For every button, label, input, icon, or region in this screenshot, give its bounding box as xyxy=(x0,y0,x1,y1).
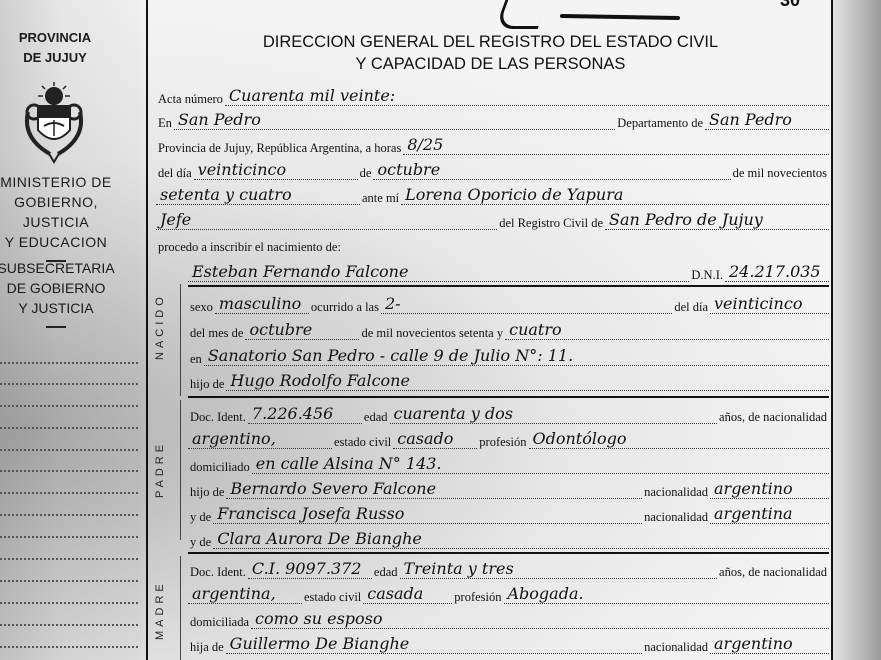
abuela-paterna-value: Francisca Josefa Russo xyxy=(213,505,642,524)
ocurrido-label: ocurrido a las xyxy=(309,300,381,314)
coat-of-arms-icon xyxy=(14,82,94,164)
en-label: en xyxy=(188,352,204,366)
profesion-label: profesión xyxy=(477,435,528,449)
hijo-de-row: hijo de Hugo Rodolfo Falcone xyxy=(188,369,829,391)
nacido-anio-value: cuatro xyxy=(505,321,829,340)
padre-nombre-value: Hugo Rodolfo Falcone xyxy=(226,372,829,391)
margin-dotted-line xyxy=(0,383,138,385)
del-mes-label: del mes de xyxy=(188,326,245,340)
margin-dotted-line xyxy=(0,558,138,560)
dni-value: 24.217.035 xyxy=(725,263,829,282)
padre-domicilio-value: en calle Alsina N° 143. xyxy=(252,455,829,474)
abuelo-materno-value: Guillermo De Bianghe xyxy=(226,635,642,654)
registro-row: Jefe del Registro Civil de San Pedro de … xyxy=(156,208,829,230)
section-separator xyxy=(188,552,829,554)
dia-value: veinticinco xyxy=(194,161,358,180)
del-dia-label: del día xyxy=(672,300,710,314)
province-line-2: DE JUJUY xyxy=(0,48,110,68)
anio-value: setenta y cuatro xyxy=(156,186,360,205)
subsecretary-heading: SUBSECRETARIA DE GOBIERNO Y JUSTICIA xyxy=(0,258,120,336)
departamento-value: San Pedro xyxy=(705,111,829,130)
estado-civil-label: estado civil xyxy=(302,590,363,604)
anios-label: años, de nacionalidad xyxy=(717,410,829,424)
margin-dotted-line xyxy=(0,580,138,582)
abuelo-paterno-value: Bernardo Severo Falcone xyxy=(226,480,642,499)
acta-numero-value: Cuarenta mil veinte: xyxy=(225,87,829,106)
anios-label: años, de nacionalidad xyxy=(717,565,829,579)
section-separator xyxy=(188,285,829,287)
provincia-label: Provincia de Jujuy, República Argentina,… xyxy=(156,141,403,155)
section-label-padre: PADRE xyxy=(154,441,166,498)
madre-civil-row: argentina, estado civil casada profesión… xyxy=(188,582,829,604)
departamento-label: Departamento de xyxy=(615,116,705,130)
section-bracket xyxy=(180,284,181,396)
sexo-label: sexo xyxy=(188,300,215,314)
acta-numero-label: Acta número xyxy=(156,92,225,106)
estado-civil-label: estado civil xyxy=(332,435,393,449)
madre-nombre-row: y de Clara Aurora De Bianghe xyxy=(188,527,829,549)
ante-mi-label: ante mí xyxy=(360,191,401,205)
anio-label: de mil novecientos setenta y xyxy=(359,326,505,340)
province-heading: PROVINCIA DE JUJUY xyxy=(0,28,110,68)
sexo-value: masculino xyxy=(215,295,309,314)
nombre-row: Esteban Fernando Falcone D.N.I. 24.217.0… xyxy=(188,260,829,282)
birth-certificate-page: PROVINCIA DE JUJUY MINISTERIO DE GOBIERN… xyxy=(0,0,881,660)
padre-profesion-value: Odontólogo xyxy=(529,430,830,449)
hija-de-label: hija de xyxy=(188,640,226,654)
padre-estado-civil-value: casado xyxy=(393,430,477,449)
page-edge-shadow xyxy=(833,0,881,660)
padre-edad-value: cuarenta y dos xyxy=(390,405,718,424)
nacionalidad-label: nacionalidad xyxy=(642,640,710,654)
nacido-dia-value: veinticinco xyxy=(710,295,829,314)
subsecretary-line-2: DE GOBIERNO xyxy=(0,278,120,298)
hijo-de-label: hijo de xyxy=(188,377,226,391)
margin-dotted-line xyxy=(0,602,138,604)
de-label: de xyxy=(358,166,374,180)
ministry-line-3: Y EDUCACION xyxy=(0,232,126,252)
localidad-value: San Pedro xyxy=(174,111,615,130)
margin-dotted-line xyxy=(0,405,138,407)
abuela-paterna-nac-value: argentina xyxy=(710,505,829,524)
document-subtitle: Y CAPACIDAD DE LAS PERSONAS xyxy=(150,55,831,74)
document-title: DIRECCION GENERAL DEL REGISTRO DEL ESTAD… xyxy=(150,33,831,52)
padre-civil-row: argentino, estado civil casado profesión… xyxy=(188,427,829,449)
padre-abuelo-row: hijo de Bernardo Severo Falcone nacional… xyxy=(188,477,829,499)
y-de-label: y de xyxy=(188,510,213,524)
registro-label: del Registro Civil de xyxy=(497,216,605,230)
hijo-de-label: hijo de xyxy=(188,485,226,499)
padre-domicilio-row: domiciliado en calle Alsina N° 143. xyxy=(188,452,829,474)
margin-dotted-line xyxy=(0,362,138,364)
padre-doc-row: Doc. Ident. 7.226.456 edad cuarenta y do… xyxy=(188,402,829,424)
registro-value: San Pedro de Jujuy xyxy=(605,211,829,230)
margin-dotted-line xyxy=(0,514,138,516)
madre-doc-row: Doc. Ident. C.I. 9097.372 edad Treinta y… xyxy=(188,557,829,579)
anio-oficial-row: setenta y cuatro ante mí Lorena Oporicio… xyxy=(156,183,829,205)
hora-value: 2- xyxy=(381,295,672,314)
del-dia-label: del día xyxy=(156,166,194,180)
nacionalidad-label: nacionalidad xyxy=(642,485,710,499)
section-bracket xyxy=(180,400,181,540)
section-label-madre: MADRE xyxy=(154,580,166,640)
profesion-label: profesión xyxy=(452,590,503,604)
page-number-fragment: 30 xyxy=(780,0,800,11)
province-line-1: PROVINCIA xyxy=(0,28,110,48)
madre-abuelo-row: hija de Guillermo De Bianghe nacionalida… xyxy=(188,632,829,654)
madre-nacionalidad-value: argentina, xyxy=(188,585,302,604)
madre-profesion-value: Abogada. xyxy=(504,585,830,604)
margin-dotted-line xyxy=(0,470,138,472)
padre-abuela-row: y de Francisca Josefa Russo nacionalidad… xyxy=(188,502,829,524)
padre-doc-value: 7.226.456 xyxy=(248,405,362,424)
proceso-label: procedo a inscribir el nacimiento de: xyxy=(156,240,343,254)
divider xyxy=(46,326,66,328)
form-border-left xyxy=(146,0,148,660)
ministry-heading: MINISTERIO DE GOBIERNO, JUSTICIA Y EDUCA… xyxy=(0,172,126,270)
nacionalidad-label: nacionalidad xyxy=(642,510,710,524)
horas-value: 8/25 xyxy=(403,136,829,155)
section-label-nacido: NACIDO xyxy=(154,293,166,360)
domicilio-label: domiciliada xyxy=(188,615,251,629)
mes-anio-row: del mes de octubre de mil novecientos se… xyxy=(188,318,829,340)
lugar-value: Sanatorio San Pedro - calle 9 de Julio N… xyxy=(204,347,829,366)
section-bracket xyxy=(180,556,181,660)
subsecretary-line-1: SUBSECRETARIA xyxy=(0,258,120,278)
acta-numero-row: Acta número Cuarenta mil veinte: xyxy=(156,84,829,106)
abuelo-materno-nac-value: argentino xyxy=(710,635,829,654)
handwritten-underline xyxy=(560,14,680,20)
en-label: En xyxy=(156,116,174,130)
proceso-row: procedo a inscribir el nacimiento de: xyxy=(156,232,829,254)
oficial-value: Lorena Oporicio de Yapura xyxy=(401,186,829,205)
ministry-line-1: MINISTERIO DE xyxy=(0,172,126,192)
localidad-row: En San Pedro Departamento de San Pedro xyxy=(156,108,829,130)
doc-label: Doc. Ident. xyxy=(188,565,248,579)
letterhead-margin: PROVINCIA DE JUJUY MINISTERIO DE GOBIERN… xyxy=(0,0,146,660)
padre-nacionalidad-value: argentino, xyxy=(188,430,332,449)
madre-domicilio-value: como su esposo xyxy=(251,610,829,629)
margin-dotted-line xyxy=(0,646,138,648)
abuelo-paterno-nac-value: argentino xyxy=(710,480,829,499)
cargo-value: Jefe xyxy=(156,211,497,230)
domicilio-label: domiciliado xyxy=(188,460,252,474)
edad-label: edad xyxy=(362,410,390,424)
de-mil-label: de mil novecientos xyxy=(731,166,829,180)
sexo-row: sexo masculino ocurrido a las 2- del día… xyxy=(188,292,829,314)
margin-dotted-line xyxy=(0,624,138,626)
doc-label: Doc. Ident. xyxy=(188,410,248,424)
margin-dotted-line xyxy=(0,449,138,451)
y-de-label: y de xyxy=(188,535,213,549)
margin-dotted-line xyxy=(0,427,138,429)
lugar-row: en Sanatorio San Pedro - calle 9 de Juli… xyxy=(188,344,829,366)
madre-doc-value: C.I. 9097.372 xyxy=(248,560,372,579)
madre-domicilio-row: domiciliada como su esposo xyxy=(188,607,829,629)
mes-value: octubre xyxy=(373,161,730,180)
madre-edad-value: Treinta y tres xyxy=(400,560,718,579)
nacido-mes-value: octubre xyxy=(245,321,359,340)
margin-dotted-line xyxy=(0,492,138,494)
dni-label: D.N.I. xyxy=(689,268,725,282)
madre-nombre-value: Clara Aurora De Bianghe xyxy=(213,530,829,549)
provincia-horas-row: Provincia de Jujuy, República Argentina,… xyxy=(156,133,829,155)
section-separator xyxy=(188,396,829,398)
edad-label: edad xyxy=(372,565,400,579)
nacido-nombre-value: Esteban Fernando Falcone xyxy=(188,263,689,282)
ministry-line-2: GOBIERNO, JUSTICIA xyxy=(0,192,126,232)
madre-estado-civil-value: casada xyxy=(363,585,452,604)
handwritten-check-mark xyxy=(495,0,549,29)
fecha-row: del día veinticinco de octubre de mil no… xyxy=(156,158,829,180)
margin-dotted-line xyxy=(0,536,138,538)
subsecretary-line-3: Y JUSTICIA xyxy=(0,298,120,318)
